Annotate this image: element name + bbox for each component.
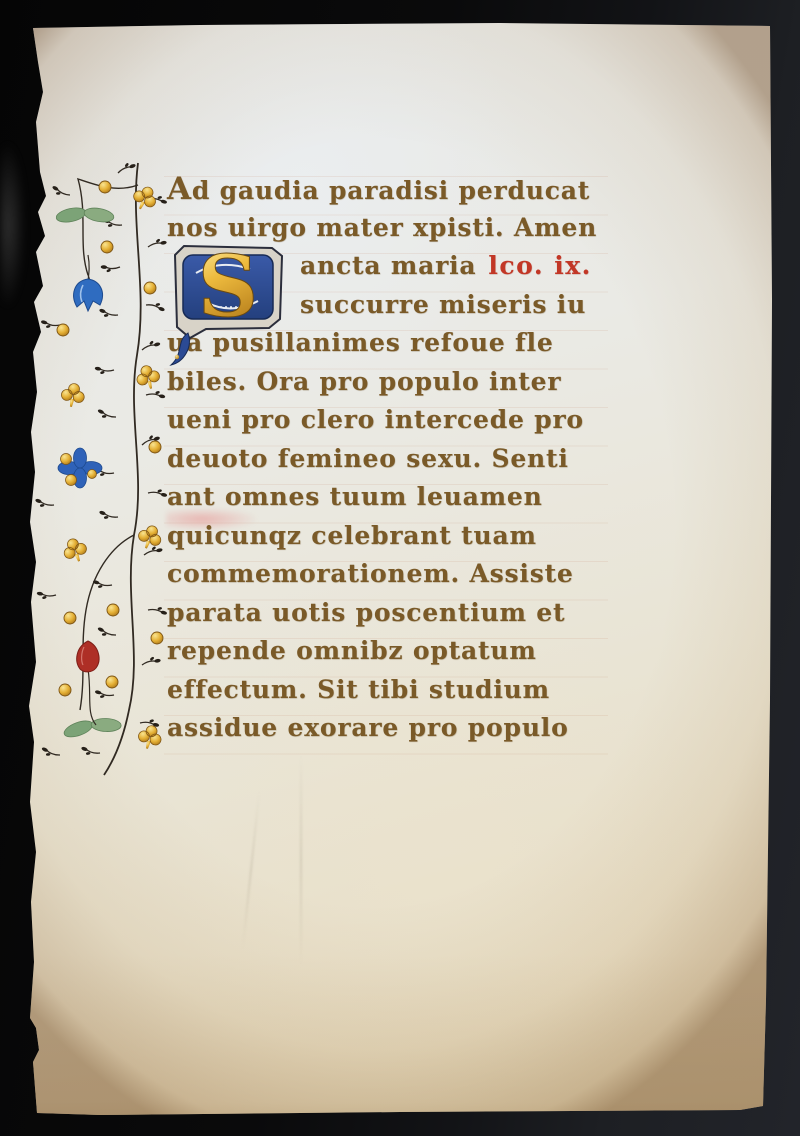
parchment-crease: [300, 755, 302, 965]
backdrop-smudge: [0, 140, 26, 310]
line-text: ancta maria: [300, 251, 476, 280]
line-text: nos uirgo mater xpisti. Amen: [167, 213, 597, 242]
line-text: deuoto femineo sexu. Senti: [167, 444, 569, 473]
blue-bellflower-icon: [74, 255, 103, 311]
floral-border-artwork: [30, 155, 172, 780]
line-text: succurre miseris iu: [300, 290, 586, 319]
blue-quatrefoil-icon: [58, 448, 102, 488]
line-text: repende omnibz optatum: [167, 636, 537, 665]
text-line: repende omnibz optatum: [167, 632, 611, 671]
line-text: effectum. Sit tibi studium: [167, 675, 550, 704]
text-line: Ad gaudia paradisi perducat: [167, 170, 611, 209]
text-line: effectum. Sit tibi studium: [167, 671, 611, 710]
line-text: parata uotis poscentium et: [167, 598, 565, 627]
initial-descender-flourish: [171, 333, 189, 365]
illuminated-initial: S: [168, 241, 290, 375]
text-line: commemorationem. Assiste: [167, 555, 611, 594]
photograph-of-manuscript-leaf: { "artifact": { "type_label": "Illuminat…: [0, 0, 800, 1136]
red-tulip-icon: [77, 641, 99, 725]
text-line: ant omnes tuum leuamen: [167, 478, 611, 517]
illuminated-initial-artwork: S: [168, 241, 290, 375]
line-text: ueni pro clero intercede pro: [167, 405, 584, 434]
text-line: parata uotis poscentium et: [167, 594, 611, 633]
line-text: assidue exorare pro populo: [167, 713, 569, 742]
vine-tendrils: [34, 160, 169, 761]
text-line: ueni pro clero intercede pro: [167, 401, 611, 440]
text-line: assidue exorare pro populo: [167, 709, 611, 748]
red-rubric: lco. ix.: [488, 251, 591, 280]
line-text: quicunqz celebrant tuam: [167, 521, 537, 550]
parchment-leaf: Ad gaudia paradisi perducat nos uirgo ma…: [0, 0, 800, 1136]
line-text: Ad gaudia paradisi perducat: [167, 176, 590, 205]
line-text: commemorationem. Assiste: [167, 559, 574, 588]
text-line: quicunqz celebrant tuam: [167, 517, 611, 556]
text-line: deuoto femineo sexu. Senti: [167, 440, 611, 479]
line-text: ant omnes tuum leuamen: [167, 482, 543, 511]
initial-letter-glyph: S: [198, 241, 259, 336]
